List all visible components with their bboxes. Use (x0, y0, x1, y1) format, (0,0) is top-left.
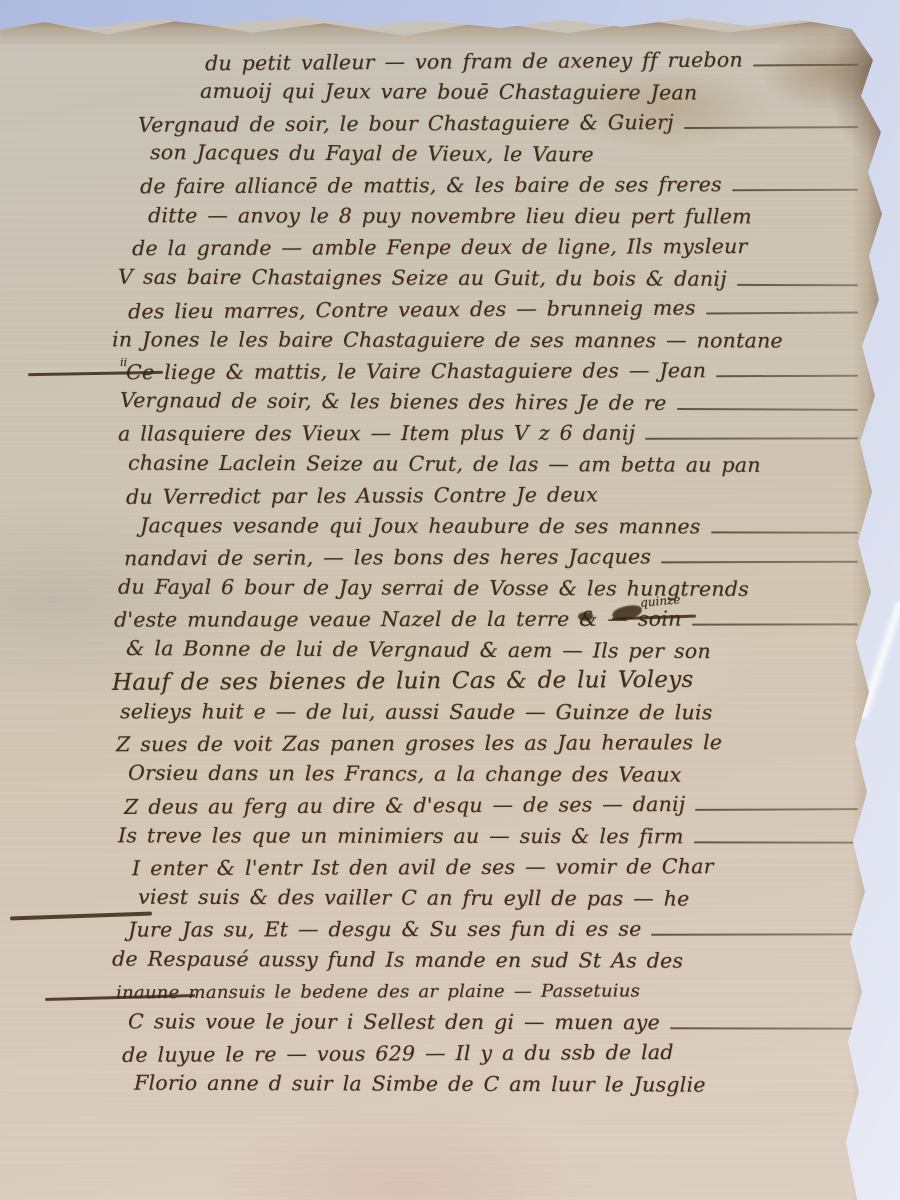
manuscript-page: du petit valleur — von fram de axeney ff… (0, 0, 900, 1200)
manuscript-line-text: selieys huit e — de lui, aussi Saude — G… (120, 696, 713, 728)
manuscript-line-text: du petit valleur — von fram de axeney ff… (205, 45, 743, 80)
manuscript-line: a llasquiere des Vieux — Item plus V z 6… (118, 417, 862, 449)
manuscript-line: du petit valleur — von fram de axeney ff… (205, 44, 862, 80)
manuscript-line: de luyue le re — vous 629 — Il y a du ss… (122, 1036, 862, 1071)
manuscript-line-text: d'este mundauge veaue Nazel de la terre … (114, 604, 682, 636)
manuscript-line: C suis voue le jour i Sellest den gi — m… (128, 1006, 862, 1038)
manuscript-line-text: ditte — anvoy le 8 puy novembre lieu die… (148, 200, 752, 232)
manuscript-line-text: nandavi de serin, — les bons des heres J… (124, 541, 651, 574)
manuscript-line-text: in Jones le les baire Chastaguiere de se… (112, 324, 783, 356)
manuscript-line: Jacques vesande qui Joux heaubure de ses… (140, 510, 862, 542)
manuscript-line: de faire alliancē de mattis, & les baire… (140, 169, 862, 203)
manuscript-line: ditte — anvoy le 8 puy novembre lieu die… (148, 200, 862, 232)
manuscript-line-text: du Verredict par les Aussis Contre Je de… (126, 479, 598, 512)
manuscript-line: & la Bonne de lui de Vergnaud & aem — Il… (126, 633, 862, 668)
manuscript-line: Hauf de ses bienes de luin Cas & de lui … (112, 664, 862, 699)
line-end-filler-stroke (684, 126, 858, 129)
manuscript-line-text: Ce liege & mattis, le Vaire Chastaguiere… (126, 355, 706, 388)
manuscript-line-text: Jure Jas su, Et — desgu & Su ses fun di … (128, 914, 642, 946)
manuscript-line-text: Vergnaud de soir, & les bienes des hires… (120, 385, 667, 419)
manuscript-line: chasine Laclein Seize au Crut, de las — … (128, 448, 862, 482)
manuscript-text-block: du petit valleur — von fram de axeney ff… (0, 46, 862, 1100)
manuscript-line: V sas baire Chastaignes Seize au Guit, d… (118, 262, 862, 296)
manuscript-line-text: des lieu marres, Contre veaux des — brun… (128, 293, 696, 328)
manuscript-line-text: I enter & l'entr Ist den avil de ses — v… (132, 851, 714, 884)
manuscript-line: inaune mansuis le bedene des ar plaine —… (116, 975, 862, 1009)
manuscript-line: viest suis & des vailler C an fru eyll d… (138, 882, 862, 916)
manuscript-line-text: de faire alliancē de mattis, & les baire… (140, 169, 722, 202)
line-end-filler-stroke (716, 375, 858, 377)
manuscript-line: Florio anne d suir la Simbe de C am luur… (134, 1068, 862, 1102)
manuscript-line: de la grande — amble Fenpe deux de ligne… (132, 231, 862, 265)
manuscript-line: I enter & l'entr Ist den avil de ses — v… (132, 851, 862, 885)
manuscript-line: Vergnaud de soir, le bour Chastaguiere &… (138, 106, 862, 141)
manuscript-line: Vergnaud de soir, & les bienes des hires… (120, 385, 862, 420)
manuscript-line: Jure Jas su, Et — desgu & Su ses fun di … (128, 913, 862, 945)
manuscript-line: des lieu marres, Contre veaux des — brun… (128, 291, 862, 327)
manuscript-line: Z deus au ferg au dire & d'esqu — de ses… (124, 788, 862, 823)
manuscript-line-text: inaune mansuis le bedene des ar plaine —… (116, 975, 640, 1008)
manuscript-line: amuoij qui Jeux vare bouē Chastaguiere J… (200, 76, 862, 109)
manuscript-line: d'este mundauge veaue Nazel de la terre … (114, 603, 862, 635)
line-end-filler-stroke (695, 808, 858, 811)
manuscript-line: son Jacques du Fayal de Vieux, le Vaure (150, 137, 862, 172)
manuscript-line-text: & la Bonne de lui de Vergnaud & aem — Il… (126, 633, 711, 667)
line-end-filler-stroke (670, 1027, 858, 1029)
interlinear-annotation: ii (120, 356, 127, 369)
manuscript-line-text: Hauf de ses bienes de luin Cas & de lui … (112, 665, 694, 699)
line-end-filler-stroke (706, 311, 858, 314)
manuscript-line: Ce liege & mattis, le Vaire Chastaguiere… (126, 355, 862, 389)
line-end-filler-stroke (694, 841, 858, 843)
line-end-filler-stroke (645, 437, 858, 439)
manuscript-line-text: chasine Laclein Seize au Crut, de las — … (128, 448, 761, 481)
manuscript-line-text: Is treve les que un minimiers au — suis … (118, 820, 684, 852)
line-end-filler-stroke (661, 561, 858, 564)
manuscript-line-text: Jacques vesande qui Joux heaubure de ses… (140, 510, 701, 542)
manuscript-line-text: son Jacques du Fayal de Vieux, le Vaure (150, 137, 594, 170)
manuscript-line-text: a llasquiere des Vieux — Item plus V z 6… (118, 418, 635, 450)
manuscript-line-text: amuoij qui Jeux vare bouē Chastaguiere J… (200, 76, 697, 109)
line-end-filler-stroke (732, 189, 858, 191)
manuscript-line-text: Z deus au ferg au dire & d'esqu — de ses… (124, 789, 686, 823)
manuscript-line: du Verredict par les Aussis Contre Je de… (126, 478, 862, 513)
line-end-filler-stroke (753, 64, 858, 67)
manuscript-line-text: Orsieu dans un les Francs, a la change d… (128, 758, 682, 791)
line-end-filler-stroke (651, 933, 858, 935)
line-end-filler-stroke (711, 531, 858, 533)
manuscript-line: Is treve les que un minimiers au — suis … (118, 820, 862, 852)
manuscript-line: de Respausé aussy fund Is mande en sud S… (112, 944, 862, 978)
manuscript-line-text: C suis voue le jour i Sellest den gi — m… (128, 1006, 660, 1038)
line-end-filler-stroke (737, 284, 858, 286)
manuscript-line-text: viest suis & des vailler C an fru eyll d… (138, 882, 690, 915)
manuscript-line: du Fayal 6 bour de Jay serrai de Vosse &… (118, 572, 862, 606)
line-end-filler-stroke (692, 623, 859, 625)
manuscript-line: Z sues de voit Zas panen groses les as J… (116, 727, 862, 761)
manuscript-line: nandavi de serin, — les bons des heres J… (124, 541, 862, 575)
photograph-of-manuscript: du petit valleur — von fram de axeney ff… (0, 0, 900, 1200)
manuscript-line-text: Z sues de voit Zas panen groses les as J… (116, 727, 722, 760)
line-end-filler-stroke (676, 408, 857, 411)
manuscript-line: in Jones le les baire Chastaguiere de se… (112, 324, 862, 356)
manuscript-line-text: de Respausé aussy fund Is mande en sud S… (112, 944, 683, 977)
manuscript-line: Orsieu dans un les Francs, a la change d… (128, 758, 862, 792)
manuscript-line-text: Vergnaud de soir, le bour Chastaguiere &… (138, 107, 674, 141)
manuscript-line-text: Florio anne d suir la Simbe de C am luur… (134, 1068, 706, 1101)
manuscript-line: selieys huit e — de lui, aussi Saude — G… (120, 696, 862, 728)
manuscript-line-text: de luyue le re — vous 629 — Il y a du ss… (122, 1037, 674, 1071)
manuscript-line-text: V sas baire Chastaignes Seize au Guit, d… (118, 262, 727, 295)
manuscript-line-text: de la grande — amble Fenpe deux de ligne… (132, 231, 748, 264)
